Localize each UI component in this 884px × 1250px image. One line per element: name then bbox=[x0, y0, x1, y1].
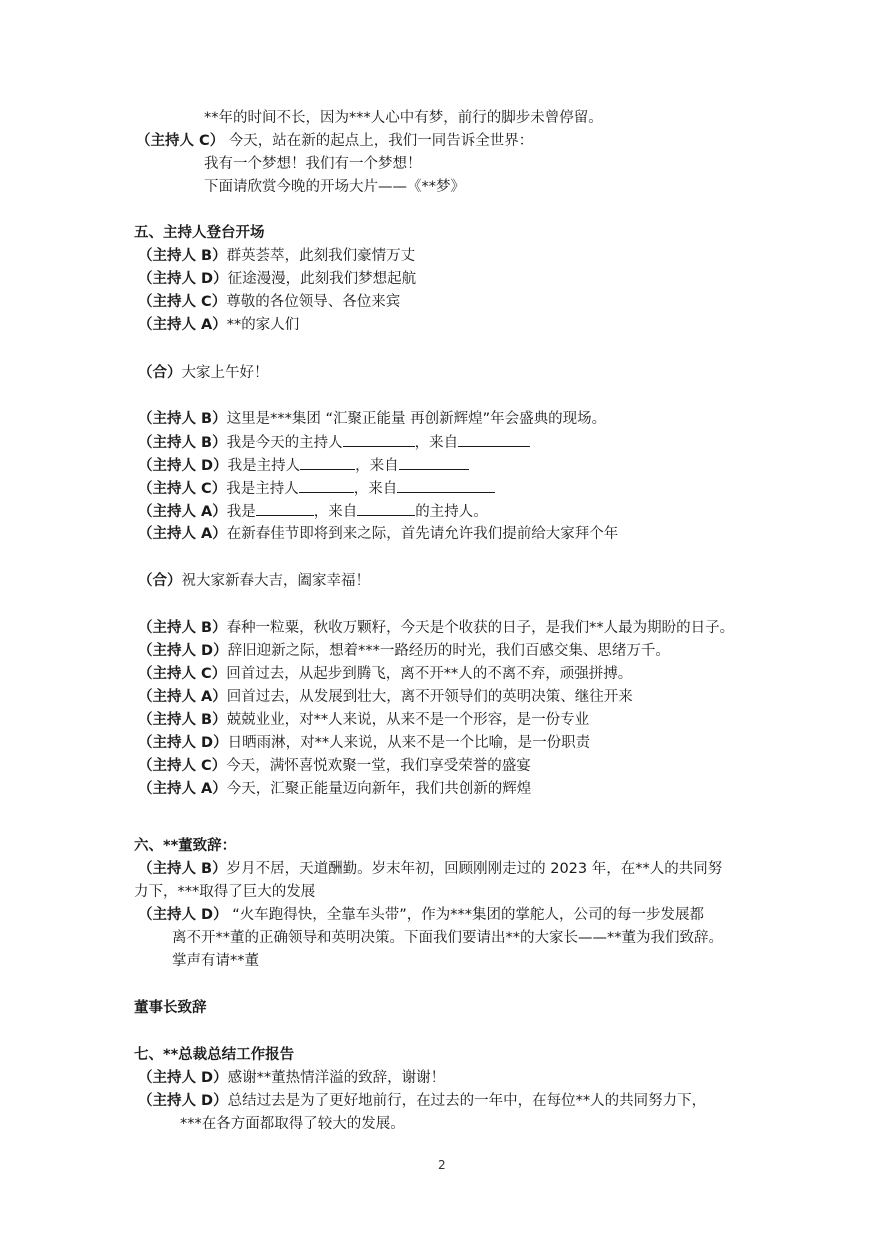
speaker-label: （主持人 D） bbox=[138, 907, 228, 923]
speaker-label: （主持人 B） bbox=[138, 712, 227, 728]
dialogue-text: 我是主持人 bbox=[226, 481, 299, 497]
dialogue-line: （主持人 D）日晒雨淋，对**人来说，从来不是一个比喻，是一份职责 bbox=[138, 732, 590, 755]
dialogue-line: （主持人 B）兢兢业业，对**人来说，从来不是一个形容，是一份专业 bbox=[138, 709, 589, 732]
dialogue-text: 我是主持人 bbox=[228, 458, 301, 474]
speaker-label: （主持人 C） bbox=[138, 666, 226, 682]
speaker-label: （主持人 D） bbox=[138, 458, 228, 474]
dialogue-text: 祝大家新春大吉，阖家幸福！ bbox=[182, 573, 371, 589]
dialogue-line: （主持人 B）岁月不居，天道酬勤。岁末年初，回顾刚刚走过的 2023 年，在**… bbox=[138, 858, 722, 881]
speaker-label: （主持人 A） bbox=[138, 689, 227, 705]
dialogue-line: （主持人 B）我是今天的主持人，来自 bbox=[138, 431, 530, 454]
page-number: 2 bbox=[438, 1157, 446, 1173]
dialogue-text: 今天，汇聚正能量迈向新年，我们共创新的辉煌 bbox=[227, 781, 532, 797]
dialogue-text: 群英荟萃，此刻我们豪情万丈 bbox=[227, 248, 416, 264]
speaker-label: （主持人 D） bbox=[138, 643, 228, 659]
section-heading: 五、主持人登台开场 bbox=[134, 222, 265, 245]
paragraph-line: 我有一个梦想！我们有一个梦想！ bbox=[204, 153, 422, 176]
dialogue-text: 今天，站在新的起点上，我们一同告诉全世界： bbox=[224, 133, 533, 149]
section-heading: 六、**董致辞： bbox=[134, 835, 236, 858]
dialogue-text: 总结过去是为了更好地前行，在过去的一年中，在每位**人的共同努力下， bbox=[228, 1093, 707, 1109]
dialogue-text: 我是 bbox=[227, 504, 256, 520]
dialogue-text: ，来自 bbox=[314, 504, 358, 520]
dialogue-text: 兢兢业业，对**人来说，从来不是一个形容，是一份专业 bbox=[227, 712, 590, 728]
dialogue-line: （主持人 A）今天，汇聚正能量迈向新年，我们共创新的辉煌 bbox=[138, 778, 531, 801]
fill-in-blank bbox=[399, 454, 469, 470]
speaker-label: （主持人 A） bbox=[138, 317, 227, 333]
speaker-label: （合） bbox=[138, 573, 182, 589]
fill-in-blank bbox=[299, 477, 354, 493]
dialogue-line-together: （合）祝大家新春大吉，阖家幸福！ bbox=[138, 570, 370, 593]
dialogue-line: （主持人 C）我是主持人，来自 bbox=[138, 477, 495, 500]
speaker-label: （主持人 C） bbox=[138, 294, 226, 310]
speaker-label: （主持人 C） bbox=[138, 758, 226, 774]
dialogue-text: **的家人们 bbox=[227, 317, 300, 333]
dialogue-text: “火车跑得快，全靠车头带”，作为***集团的掌舵人，公司的每一步发展都 bbox=[228, 907, 704, 923]
fill-in-blank bbox=[357, 500, 415, 516]
dialogue-text: 大家上午好！ bbox=[182, 365, 269, 381]
dialogue-line: （主持人 D）我是主持人，来自 bbox=[138, 454, 469, 477]
paragraph-line: 掌声有请**董 bbox=[172, 950, 259, 973]
dialogue-text: 在新春佳节即将到来之际，首先请允许我们提前给大家拜个年 bbox=[227, 526, 619, 542]
dialogue-text: 今天，满怀喜悦欢聚一堂，我们享受荣誉的盛宴 bbox=[226, 758, 531, 774]
dialogue-text: 回首过去，从发展到壮大，离不开领导们的英明决策、继往开来 bbox=[227, 689, 633, 705]
dialogue-line: （主持人 D） “火车跑得快，全靠车头带”，作为***集团的掌舵人，公司的每一步… bbox=[138, 904, 704, 927]
dialogue-line: （主持人 D）总结过去是为了更好地前行，在过去的一年中，在每位**人的共同努力下… bbox=[138, 1090, 706, 1113]
speaker-label: （主持人 B） bbox=[138, 411, 227, 427]
dialogue-text: ，来自 bbox=[415, 435, 459, 451]
dialogue-line: （主持人 A）**的家人们 bbox=[138, 314, 299, 337]
speaker-label: （主持人 B） bbox=[138, 248, 227, 264]
speaker-label: （主持人 C） bbox=[136, 133, 224, 149]
dialogue-text: 尊敬的各位领导、各位来宾 bbox=[226, 294, 400, 310]
speaker-label: （主持人 B） bbox=[138, 435, 227, 451]
speaker-label: （主持人 A） bbox=[138, 504, 227, 520]
dialogue-text: 辞旧迎新之际，想着***一路经历的时光，我们百感交集、思绪万千。 bbox=[228, 643, 670, 659]
dialogue-text: 这里是***集团 “汇聚正能量 再创新辉煌”年会盛典的现场。 bbox=[227, 411, 607, 427]
dialogue-line: （主持人 A）我是，来自的主持人。 bbox=[138, 500, 488, 523]
section-heading: 七、**总裁总结工作报告 bbox=[134, 1044, 294, 1067]
fill-in-blank bbox=[397, 477, 495, 493]
dialogue-line: （主持人 C）今天，满怀喜悦欢聚一堂，我们享受荣誉的盛宴 bbox=[138, 755, 531, 778]
dialogue-text: 春种一粒粟，秋收万颗籽，今天是个收获的日子，是我们**人最为期盼的日子。 bbox=[227, 620, 735, 636]
dialogue-line-together: （合）大家上午好！ bbox=[138, 362, 269, 385]
dialogue-line: （主持人 B）春种一粒粟，秋收万颗籽，今天是个收获的日子，是我们**人最为期盼的… bbox=[138, 617, 734, 640]
dialogue-text: 回首过去，从起步到腾飞，离不开**人的不离不弃，顽强拼搏。 bbox=[226, 666, 632, 682]
paragraph-line: ***在各方面都取得了较大的发展。 bbox=[180, 1113, 405, 1136]
document-page: **年的时间不长，因为***人心中有梦，前行的脚步未曾停留。 （主持人 C） 今… bbox=[0, 0, 884, 1250]
fill-in-blank bbox=[343, 431, 415, 447]
section-heading: 董事长致辞 bbox=[134, 997, 207, 1020]
dialogue-line: （主持人 A）在新春佳节即将到来之际，首先请允许我们提前给大家拜个年 bbox=[138, 523, 618, 546]
dialogue-text: 的主持人。 bbox=[415, 504, 488, 520]
dialogue-line: （主持人 B）这里是***集团 “汇聚正能量 再创新辉煌”年会盛典的现场。 bbox=[138, 408, 606, 431]
speaker-label: （主持人 A） bbox=[138, 526, 227, 542]
speaker-label: （主持人 C） bbox=[138, 481, 226, 497]
dialogue-line: （主持人 D）感谢**董热情洋溢的致辞，谢谢！ bbox=[138, 1067, 445, 1090]
speaker-label: （主持人 B） bbox=[138, 620, 227, 636]
paragraph-line: 力下，***取得了巨大的发展 bbox=[134, 881, 315, 904]
dialogue-text: ，来自 bbox=[355, 458, 399, 474]
dialogue-text: 感谢**董热情洋溢的致辞，谢谢！ bbox=[228, 1070, 446, 1086]
dialogue-line: （主持人 D）征途漫漫，此刻我们梦想起航 bbox=[138, 268, 416, 291]
speaker-label: （主持人 D） bbox=[138, 1093, 228, 1109]
speaker-label: （合） bbox=[138, 365, 182, 381]
speaker-label: （主持人 B） bbox=[138, 861, 227, 877]
speaker-label: （主持人 D） bbox=[138, 735, 228, 751]
dialogue-text: 岁月不居，天道酬勤。岁末年初，回顾刚刚走过的 2023 年，在**人的共同努 bbox=[227, 861, 723, 877]
dialogue-line: （主持人 D）辞旧迎新之际，想着***一路经历的时光，我们百感交集、思绪万千。 bbox=[138, 640, 670, 663]
fill-in-blank bbox=[256, 500, 314, 516]
fill-in-blank bbox=[300, 454, 355, 470]
speaker-label: （主持人 D） bbox=[138, 1070, 228, 1086]
dialogue-line: （主持人 A）回首过去，从发展到壮大，离不开领导们的英明决策、继往开来 bbox=[138, 686, 633, 709]
speaker-label: （主持人 A） bbox=[138, 781, 227, 797]
dialogue-text: 日晒雨淋，对**人来说，从来不是一个比喻，是一份职责 bbox=[228, 735, 591, 751]
dialogue-line: （主持人 C） 今天，站在新的起点上，我们一同告诉全世界： bbox=[136, 130, 533, 153]
dialogue-line: （主持人 B）群英荟萃，此刻我们豪情万丈 bbox=[138, 245, 415, 268]
dialogue-line: （主持人 C）回首过去，从起步到腾飞，离不开**人的不离不弃，顽强拼搏。 bbox=[138, 663, 632, 686]
paragraph-line: 离不开**董的正确领导和英明决策。下面我们要请出**的大家长——**董为我们致辞… bbox=[172, 927, 723, 950]
paragraph-line: 下面请欣赏今晚的开场大片——《**梦》 bbox=[204, 176, 465, 199]
dialogue-text: 征途漫漫，此刻我们梦想起航 bbox=[228, 271, 417, 287]
paragraph-line: **年的时间不长，因为***人心中有梦，前行的脚步未曾停留。 bbox=[204, 107, 603, 130]
dialogue-line: （主持人 C）尊敬的各位领导、各位来宾 bbox=[138, 291, 400, 314]
dialogue-text: 我是今天的主持人 bbox=[227, 435, 343, 451]
dialogue-text: ，来自 bbox=[354, 481, 398, 497]
fill-in-blank bbox=[458, 431, 530, 447]
speaker-label: （主持人 D） bbox=[138, 271, 228, 287]
